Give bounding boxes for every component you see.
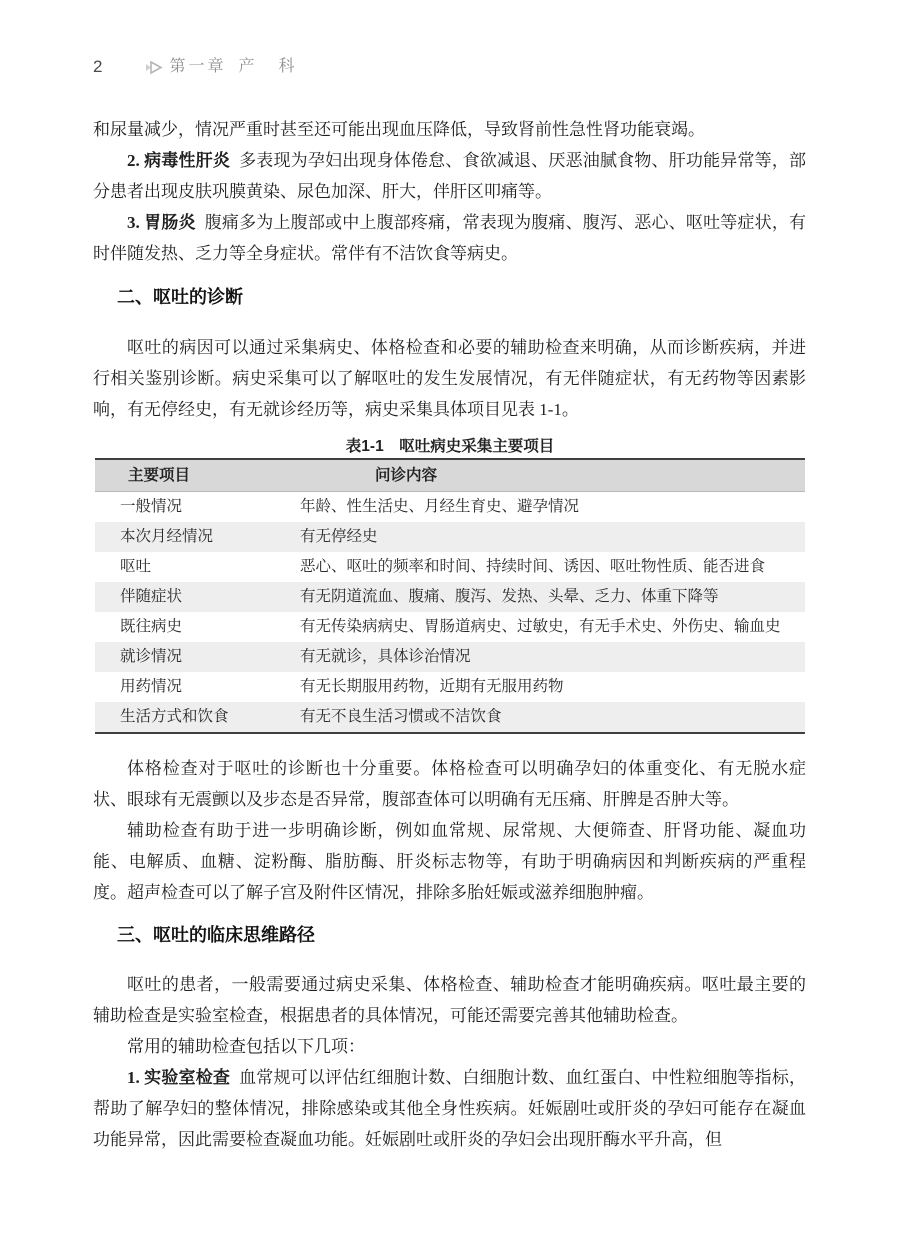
table-cell-item: 呕吐 bbox=[95, 552, 300, 582]
table-header: 主要项目 问诊内容 bbox=[95, 459, 805, 492]
table-cell-item: 伴随症状 bbox=[95, 582, 300, 612]
table-caption: 表1-1 呕吐病史采集主要项目 bbox=[95, 437, 805, 457]
paragraph-text: 和尿量减少，情况严重时甚至还可能出现血压降低，导致肾前性急性肾功能衰竭。 bbox=[93, 120, 705, 139]
chapter-label: 第一章 bbox=[169, 57, 226, 77]
page-content: 和尿量减少，情况严重时甚至还可能出现血压降低，导致肾前性急性肾功能衰竭。2. 病… bbox=[93, 114, 806, 1155]
page-number: 2 bbox=[93, 57, 102, 77]
table-cell-content: 有无停经史 bbox=[300, 522, 805, 552]
paragraph-text: 辅助检查有助于进一步明确诊断，例如血常规、尿常规、大便筛查、肝肾功能、凝血功能、… bbox=[93, 821, 806, 902]
paragraph: 1. 实验室检查血常规可以评估红细胞计数、白细胞计数、血红蛋白、中性粒细胞等指标… bbox=[93, 1062, 806, 1155]
column-header-item: 主要项目 bbox=[95, 459, 300, 492]
table-cell-item: 用药情况 bbox=[95, 672, 300, 702]
section-heading: 二、呕吐的诊断 bbox=[93, 284, 806, 311]
table-cell-item: 就诊情况 bbox=[95, 642, 300, 672]
table-row: 就诊情况有无就诊，具体诊治情况 bbox=[95, 642, 805, 672]
table-cell-content: 年龄、性生活史、月经生育史、避孕情况 bbox=[300, 492, 805, 523]
paragraph: 2. 病毒性肝炎多表现为孕妇出现身体倦怠、食欲减退、厌恶油腻食物、肝功能异常等，… bbox=[93, 145, 806, 207]
paragraph: 呕吐的患者，一般需要通过病史采集、体格检查、辅助检查才能明确疾病。呕吐最主要的辅… bbox=[93, 969, 806, 1031]
paragraph-label-bold: 2. 病毒性肝炎 bbox=[127, 151, 230, 170]
table-row: 本次月经情况有无停经史 bbox=[95, 522, 805, 552]
table-row: 伴随症状有无阴道流血、腹痛、腹泻、发热、头晕、乏力、体重下降等 bbox=[95, 582, 805, 612]
paragraph: 3. 胃肠炎腹痛多为上腹部或中上腹部疼痛，常表现为腹痛、腹泻、恶心、呕吐等症状，… bbox=[93, 207, 806, 269]
table-row: 用药情况有无长期服用药物，近期有无服用药物 bbox=[95, 672, 805, 702]
table-cell-item: 既往病史 bbox=[95, 612, 300, 642]
table-cell-item: 一般情况 bbox=[95, 492, 300, 523]
table-cell-content: 有无阴道流血、腹痛、腹泻、发热、头晕、乏力、体重下降等 bbox=[300, 582, 805, 612]
paragraph-label-bold: 1. 实验室检查 bbox=[127, 1068, 230, 1087]
paragraph-text: 呕吐的患者，一般需要通过病史采集、体格检查、辅助检查才能明确疾病。呕吐最主要的辅… bbox=[93, 975, 806, 1025]
table-body: 一般情况年龄、性生活史、月经生育史、避孕情况本次月经情况有无停经史呕吐恶心、呕吐… bbox=[95, 492, 805, 734]
paragraph-label-bold: 3. 胃肠炎 bbox=[127, 213, 196, 232]
chapter-arrow-icon bbox=[145, 60, 163, 75]
table-cell-content: 恶心、呕吐的频率和时间、持续时间、诱因、呕吐物性质、能否进食 bbox=[300, 552, 805, 582]
history-table: 主要项目 问诊内容 一般情况年龄、性生活史、月经生育史、避孕情况本次月经情况有无… bbox=[95, 458, 805, 734]
column-header-content: 问诊内容 bbox=[300, 459, 805, 492]
paragraph-text: 呕吐的病因可以通过采集病史、体格检查和必要的辅助检查来明确，从而诊断疾病，并进行… bbox=[93, 338, 806, 419]
table-row: 一般情况年龄、性生活史、月经生育史、避孕情况 bbox=[95, 492, 805, 523]
paragraph: 体格检查对于呕吐的诊断也十分重要。体格检查可以明确孕妇的体重变化、有无脱水症状、… bbox=[93, 753, 806, 815]
table-cell-content: 有无就诊，具体诊治情况 bbox=[300, 642, 805, 672]
paragraph: 和尿量减少，情况严重时甚至还可能出现血压降低，导致肾前性急性肾功能衰竭。 bbox=[93, 114, 806, 145]
paragraph-text: 常用的辅助检查包括以下几项： bbox=[127, 1037, 365, 1056]
table-cell-content: 有无长期服用药物，近期有无服用药物 bbox=[300, 672, 805, 702]
book-page: 2 第一章 产科 和尿量减少，情况严重时甚至还可能出现血压降低，导致肾前性急性肾… bbox=[0, 0, 900, 1234]
paragraph-text: 腹痛多为上腹部或中上腹部疼痛，常表现为腹痛、腹泻、恶心、呕吐等症状，有时伴随发热… bbox=[93, 213, 806, 263]
table-row: 生活方式和饮食有无不良生活习惯或不洁饮食 bbox=[95, 702, 805, 733]
table-cell-content: 有无传染病病史、胃肠道病史、过敏史，有无手术史、外伤史、输血史 bbox=[300, 612, 805, 642]
table-cell-item: 本次月经情况 bbox=[95, 522, 300, 552]
table-header-row: 主要项目 问诊内容 bbox=[95, 459, 805, 492]
paragraph: 辅助检查有助于进一步明确诊断，例如血常规、尿常规、大便筛查、肝肾功能、凝血功能、… bbox=[93, 815, 806, 908]
table-row: 呕吐恶心、呕吐的频率和时间、持续时间、诱因、呕吐物性质、能否进食 bbox=[95, 552, 805, 582]
table-cell-content: 有无不良生活习惯或不洁饮食 bbox=[300, 702, 805, 733]
paragraph-text: 体格检查对于呕吐的诊断也十分重要。体格检查可以明确孕妇的体重变化、有无脱水症状、… bbox=[93, 759, 806, 809]
chapter-title: 产科 bbox=[238, 57, 318, 77]
paragraph: 常用的辅助检查包括以下几项： bbox=[93, 1031, 806, 1062]
running-head: 2 第一章 产科 bbox=[93, 57, 806, 77]
section-heading: 三、呕吐的临床思维路径 bbox=[93, 922, 806, 949]
table-cell-item: 生活方式和饮食 bbox=[95, 702, 300, 733]
paragraph: 呕吐的病因可以通过采集病史、体格检查和必要的辅助检查来明确，从而诊断疾病，并进行… bbox=[93, 332, 806, 425]
table-row: 既往病史有无传染病病史、胃肠道病史、过敏史，有无手术史、外伤史、输血史 bbox=[95, 612, 805, 642]
